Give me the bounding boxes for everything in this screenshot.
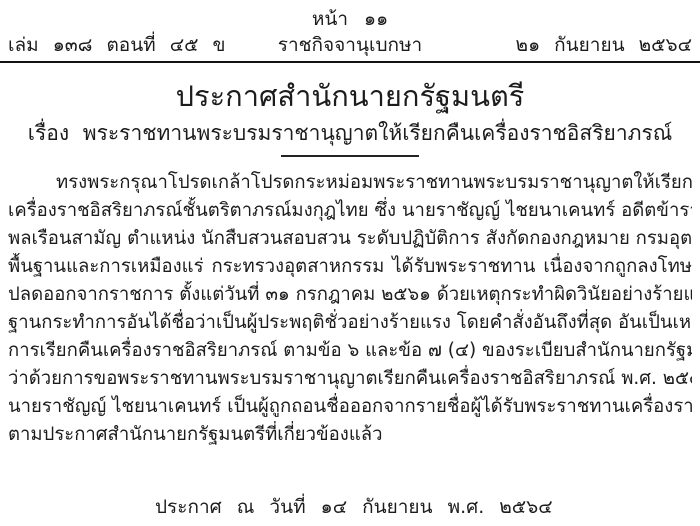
body-line: ทรงพระกรุณาโปรดเกล้าโปรดกระหม่อมพระราชทา… <box>8 169 692 197</box>
masthead-row: เล่ม ๑๓๘ ตอนที่ ๔๕ ข ราชกิจจานุเบกษา ๒๑ … <box>0 32 700 58</box>
subject-divider <box>281 155 419 157</box>
body-line: การเรียกคืนเครื่องราชอิสริยาภรณ์ ตามข้อ … <box>8 337 692 365</box>
issue-date: ๒๑ กันยายน ๒๕๖๔ <box>471 32 692 58</box>
page-number: หน้า ๑๑ <box>0 6 700 32</box>
body-line: พื้นฐานและการเหมืองแร่ กระทรวงอุตสาหกรรม… <box>8 253 692 281</box>
body-line: นายราชัญญ์ ไชยนาเคนทร์ เป็นผู้ถูกถอนชื่อ… <box>8 393 692 421</box>
body-line: พลเรือนสามัญ ตำแหน่ง นักสืบสวนสอบสวน ระด… <box>8 225 692 253</box>
running-head: หน้า ๑๑ เล่ม ๑๓๘ ตอนที่ ๔๕ ข ราชกิจจานุเ… <box>0 0 700 63</box>
announcement-date: ประกาศ ณ วันที่ ๑๔ กันยายน พ.ศ. ๒๕๖๔ <box>155 492 553 522</box>
body-paragraph: ทรงพระกรุณาโปรดเกล้าโปรดกระหม่อมพระราชทา… <box>0 169 700 449</box>
head-rule <box>0 61 700 63</box>
body-line: ว่าด้วยการขอพระราชทานพระบรมราชานุญาตเรีย… <box>8 365 692 393</box>
gazette-name: ราชกิจจานุเบกษา <box>229 32 472 58</box>
body-line: เครื่องราชอิสริยาภรณ์ชั้นตริตาภรณ์มงกุฎไ… <box>8 197 692 225</box>
body-line: ตามประกาศสำนักนายกรัฐมนตรีที่เกี่ยวข้องแ… <box>8 421 692 449</box>
document-title: ประกาศสำนักนายกรัฐมนตรี <box>0 79 700 113</box>
document-subject: เรื่อง พระราชทานพระบรมราชานุญาตให้เรียกค… <box>0 120 700 146</box>
body-line: ฐานกระทำการอันได้ชื่อว่าเป็นผู้ประพฤติชั… <box>8 309 692 337</box>
body-line: ปลดออกจากราชการ ตั้งแต่วันที่ ๓๑ กรกฎาคม… <box>8 281 692 309</box>
volume-part-label: เล่ม ๑๓๘ ตอนที่ ๔๕ ข <box>8 32 229 58</box>
gazette-page: หน้า ๑๑ เล่ม ๑๓๘ ตอนที่ ๔๕ ข ราชกิจจานุเ… <box>0 0 700 526</box>
